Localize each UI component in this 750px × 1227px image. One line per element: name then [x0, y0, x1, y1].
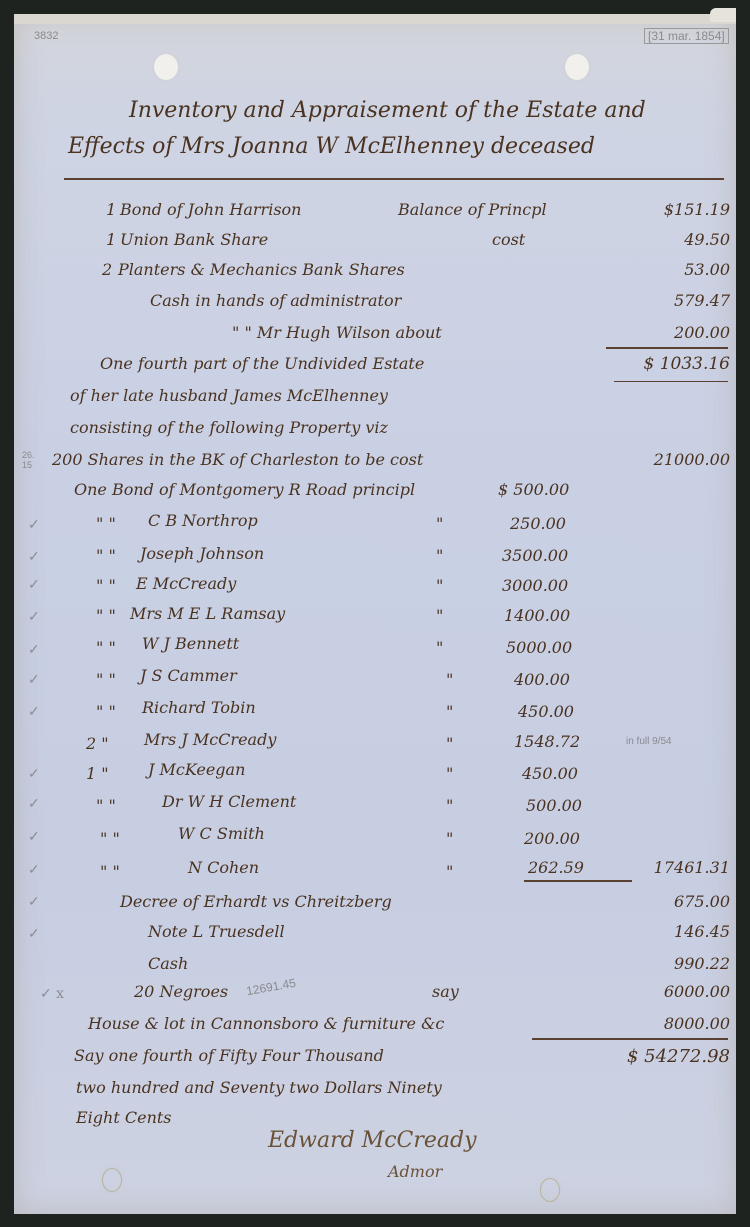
- item-note: cost: [492, 230, 525, 249]
- bond-amount: 400.00: [514, 670, 570, 689]
- bond-prefix: 1 ": [86, 764, 109, 783]
- item-qty: 1: [106, 200, 116, 219]
- item-note: say: [432, 982, 459, 1001]
- check-mark-icon: ✓: [28, 672, 40, 688]
- item-amount: 675.00: [674, 892, 730, 911]
- item-amount: $151.19: [664, 200, 730, 219]
- bond-prefix: " ": [100, 829, 120, 848]
- bond-prefix: " ": [100, 862, 120, 881]
- item-amount: 6000.00: [664, 982, 730, 1001]
- bond-ditto: ": [446, 796, 453, 815]
- grand-total: $ 54272.98: [627, 1046, 730, 1067]
- ghost-punch-hole: [102, 1168, 122, 1192]
- bond-ditto: ": [436, 638, 443, 657]
- item-amount: 53.00: [684, 260, 730, 279]
- bond-prefix: " ": [96, 638, 116, 657]
- bonds-total: 17461.31: [654, 858, 730, 877]
- page-top-edge: [14, 14, 736, 24]
- item-description: " " Mr Hugh Wilson about: [232, 323, 442, 342]
- item-amount: 990.22: [674, 954, 730, 973]
- check-mark-icon: ✓: [28, 704, 40, 720]
- bonds-header: One Bond of Montgomery R Road principl: [74, 480, 415, 499]
- bond-prefix: " ": [96, 796, 116, 815]
- signature-name: Edward McCready: [268, 1128, 477, 1153]
- item-description: Planters & Mechanics Bank Shares: [118, 260, 405, 279]
- bond-name: J S Cammer: [140, 666, 237, 685]
- bond-name: W J Bennett: [142, 634, 239, 653]
- bonds-total-rule: [524, 880, 632, 882]
- header-rule: [64, 178, 724, 180]
- item-description: Note L Truesdell: [148, 922, 285, 941]
- check-mark-icon: ✓: [28, 549, 40, 565]
- bond-amount: 262.59: [528, 858, 584, 877]
- signature-title: Admor: [388, 1162, 442, 1181]
- check-mark-icon: ✓: [28, 829, 40, 845]
- punch-hole: [565, 54, 589, 80]
- bond-ditto: ": [446, 670, 453, 689]
- page-corner-tab: [710, 8, 736, 22]
- bond-ditto: ": [436, 576, 443, 595]
- estate-intro-line-2: of her late husband James McElhenney: [70, 386, 388, 405]
- check-mark-icon: ✓: [28, 862, 40, 878]
- check-x-mark-icon: ✓ x: [40, 986, 64, 1002]
- item-amount: 49.50: [684, 230, 730, 249]
- check-mark-icon: ✓: [28, 766, 40, 782]
- item-amount: 146.45: [674, 922, 730, 941]
- estate-intro-line-3: consisting of the following Property viz: [70, 418, 388, 437]
- item-note: Balance of Princpl: [398, 200, 547, 219]
- item-qty: 1: [106, 230, 116, 249]
- catalog-number: 3832: [34, 30, 58, 42]
- item-description: Decree of Erhardt vs Chreitzberg: [120, 892, 392, 911]
- bond-prefix: " ": [96, 546, 116, 565]
- bond-ditto: ": [446, 862, 453, 881]
- bond-amount: 250.00: [510, 514, 566, 533]
- bond-name: W C Smith: [178, 824, 265, 843]
- bond-name: Dr W H Clement: [162, 792, 296, 811]
- bond-amount: 450.00: [522, 764, 578, 783]
- document-page: 3832 [31 mar. 1854] Inventory and Apprai…: [14, 14, 736, 1214]
- margin-note: 26. 15: [22, 450, 36, 470]
- summary-line-2: two hundred and Seventy two Dollars Nine…: [76, 1078, 442, 1097]
- item-amount: 8000.00: [664, 1014, 730, 1033]
- item-description: Cash: [148, 954, 188, 973]
- check-mark-icon: ✓: [28, 577, 40, 593]
- check-mark-icon: ✓: [28, 796, 40, 812]
- bond-ditto: ": [446, 764, 453, 783]
- shares-description: 200 Shares in the BK of Charleston to be…: [52, 450, 423, 469]
- check-mark-icon: ✓: [28, 926, 40, 942]
- grand-total-rule: [532, 1038, 728, 1040]
- bonds-header-amount: $ 500.00: [498, 480, 569, 499]
- subtotal-underline: [614, 381, 728, 382]
- bond-name: J McKeegan: [148, 760, 245, 779]
- title-line-2: Effects of Mrs Joanna W McElhenney decea…: [68, 134, 595, 159]
- check-mark-icon: ✓: [28, 517, 40, 533]
- bond-prefix: 2 ": [86, 734, 109, 753]
- bond-amount: 1400.00: [504, 606, 570, 625]
- bond-prefix: " ": [96, 702, 116, 721]
- bond-name: C B Northrop: [148, 511, 258, 530]
- bond-name: N Cohen: [188, 858, 259, 877]
- bond-amount: 3500.00: [502, 546, 568, 565]
- date-note: [31 mar. 1854]: [644, 28, 729, 44]
- pencil-note: 12691.45: [245, 976, 297, 998]
- ghost-punch-hole: [540, 1178, 560, 1202]
- item-description: Cash in hands of administrator: [150, 291, 401, 310]
- bond-ditto: ": [436, 514, 443, 533]
- item-amount: 579.47: [674, 291, 730, 310]
- summary-line-3: Eight Cents: [76, 1108, 172, 1127]
- bond-amount: 1548.72: [514, 732, 580, 751]
- bond-amount: 200.00: [524, 829, 580, 848]
- bond-ditto: ": [436, 546, 443, 565]
- bond-amount: 450.00: [518, 702, 574, 721]
- punch-hole: [154, 54, 178, 80]
- bond-name: Richard Tobin: [142, 698, 256, 717]
- bond-name: E McCready: [136, 574, 236, 593]
- bond-ditto: ": [446, 829, 453, 848]
- check-mark-icon: ✓: [28, 609, 40, 625]
- bond-name: Mrs M E L Ramsay: [130, 604, 285, 623]
- bond-amount: 3000.00: [502, 576, 568, 595]
- item-description: 20 Negroes: [134, 982, 228, 1001]
- bond-prefix: " ": [96, 514, 116, 533]
- pencil-note: in full 9/54: [626, 736, 672, 747]
- item-amount: 200.00: [674, 323, 730, 342]
- section1-subtotal: $ 1033.16: [643, 354, 730, 374]
- subtotal-rule: [606, 347, 728, 349]
- title-line-1: Inventory and Appraisement of the Estate…: [129, 98, 646, 123]
- bond-ditto: ": [446, 702, 453, 721]
- bond-prefix: " ": [96, 576, 116, 595]
- bond-ditto: ": [436, 606, 443, 625]
- bond-name: Joseph Johnson: [140, 544, 264, 563]
- bond-ditto: ": [446, 734, 453, 753]
- bond-name: Mrs J McCready: [144, 730, 276, 749]
- bond-amount: 500.00: [526, 796, 582, 815]
- estate-intro-line-1: One fourth part of the Undivided Estate: [100, 354, 424, 373]
- item-description: Bond of John Harrison: [120, 200, 301, 219]
- shares-amount: 21000.00: [654, 450, 730, 469]
- bond-prefix: " ": [96, 606, 116, 625]
- summary-line-1: Say one fourth of Fifty Four Thousand: [74, 1046, 384, 1065]
- item-description: Union Bank Share: [120, 230, 268, 249]
- item-description: House & lot in Cannonsboro & furniture &…: [88, 1014, 444, 1033]
- check-mark-icon: ✓: [28, 642, 40, 658]
- item-qty: 2: [102, 260, 112, 279]
- bond-amount: 5000.00: [506, 638, 572, 657]
- check-mark-icon: ✓: [28, 894, 40, 910]
- bond-prefix: " ": [96, 670, 116, 689]
